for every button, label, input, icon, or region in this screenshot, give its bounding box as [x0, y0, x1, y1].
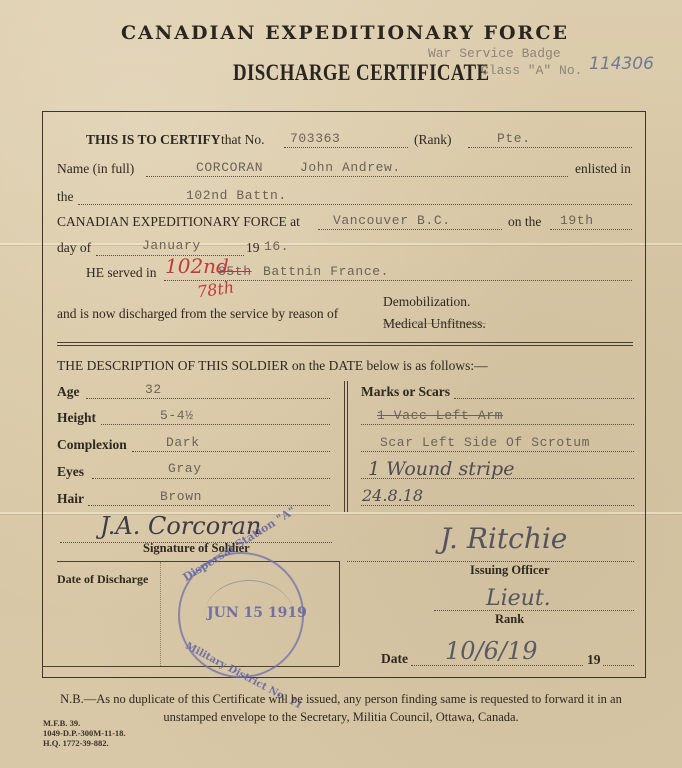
- stamp-date-text: JUN 15 1919: [207, 605, 307, 621]
- section-divider-top: [57, 342, 633, 343]
- age-label: Age: [57, 384, 80, 400]
- document-title: DISCHARGE CERTIFICATE: [233, 60, 489, 86]
- served-typed-value: Battnin France.: [263, 264, 389, 279]
- served-line: [164, 280, 632, 281]
- date-year-prefix: 19: [587, 652, 601, 668]
- certify-intro: THIS IS TO CERTIFY: [86, 132, 220, 148]
- age-line: [86, 398, 330, 399]
- day-value: 19th: [560, 213, 594, 228]
- regimental-no-value: 703363: [290, 131, 340, 146]
- discharge-box-right: [339, 561, 340, 666]
- discharge-box-divider: [160, 562, 161, 666]
- hair-line: [88, 505, 330, 506]
- year-prefix: 19: [246, 240, 260, 256]
- regimental-no-line: [284, 147, 408, 148]
- organization-title: CANADIAN EXPEDITIONARY FORCE: [0, 22, 682, 44]
- form-code-1: M.F.B. 39.: [43, 718, 126, 728]
- form-code-3: H.Q. 1772-39-882.: [43, 738, 126, 748]
- description-heading-bold: THE DESCRIPTION OF THIS SOLDIER: [57, 358, 289, 373]
- officer-signature: J. Ritchie: [440, 522, 567, 555]
- marks-line-1: [361, 424, 634, 425]
- reason-demobilization: Demobilization.: [383, 294, 470, 310]
- description-heading: THE DESCRIPTION OF THIS SOLDIER on the D…: [57, 358, 488, 374]
- that-no-label: that No.: [221, 132, 265, 148]
- badge-line-2: Class "A" No.: [481, 63, 582, 78]
- rank-label: (Rank): [414, 132, 452, 148]
- height-label: Height: [57, 410, 96, 426]
- column-divider-left: [344, 381, 345, 512]
- description-heading-rest: on the DATE below is as follows:—: [292, 358, 488, 373]
- reason-medical-unfitness: Medical Unfitness.: [383, 316, 486, 332]
- name-label: Name (in full): [57, 161, 134, 177]
- nb-line-1: N.B.—As no duplicate of this Certificate…: [0, 690, 682, 708]
- complexion-label: Complexion: [57, 437, 127, 453]
- marks-value-2: Scar Left Side Of Scrotum: [380, 435, 590, 450]
- surname-value: CORCORAN: [196, 160, 263, 175]
- officer-rank-value: Lieut.: [486, 586, 551, 611]
- eyes-label: Eyes: [57, 464, 84, 480]
- unit-line: [78, 204, 632, 205]
- hair-label: Hair: [57, 491, 84, 507]
- eyes-line: [92, 478, 330, 479]
- month-value: January: [142, 238, 201, 253]
- date-of-discharge-label: Date of Discharge: [57, 572, 148, 587]
- rank-signature-line: [434, 610, 634, 611]
- day-line: [550, 229, 632, 230]
- form-code-2: 1049-D.P.-300M-11-18.: [43, 728, 126, 738]
- height-line: [101, 424, 330, 425]
- served-struck-value: 85th: [218, 264, 252, 279]
- height-value: 5-4½: [160, 408, 194, 423]
- section-divider-bottom: [57, 345, 633, 346]
- marks-value-4: 24.8.18: [362, 486, 423, 505]
- place-value: Vancouver B.C.: [333, 213, 451, 228]
- on-the-label: on the: [508, 214, 541, 230]
- officer-signature-line: [347, 561, 634, 562]
- marks-line-2: [361, 451, 634, 452]
- column-divider-right: [347, 381, 348, 512]
- marks-label: Marks or Scars: [361, 384, 450, 400]
- discharge-label: and is now discharged from the service b…: [57, 306, 338, 322]
- discharge-box-bottom: [42, 666, 339, 667]
- form-codes: M.F.B. 39. 1049-D.P.-300M-11-18. H.Q. 17…: [43, 718, 126, 748]
- rank-line: [468, 147, 632, 148]
- issuing-officer-label: Issuing Officer: [470, 563, 550, 578]
- day-of-label: day of: [57, 240, 91, 256]
- badge-line-1: War Service Badge: [428, 46, 561, 61]
- complexion-value: Dark: [166, 435, 200, 450]
- marks-value-3: 1 Wound stripe: [368, 458, 514, 480]
- the-label: the: [57, 189, 74, 205]
- marks-line-0: [454, 398, 634, 399]
- year-value: 16.: [264, 239, 289, 254]
- date-label: Date: [381, 651, 408, 667]
- soldier-signature: J.A. Corcoran: [100, 512, 261, 540]
- enlisted-label: enlisted in: [575, 161, 631, 177]
- badge-number: 114306: [589, 54, 654, 74]
- marks-line-4: [361, 505, 634, 506]
- given-names-value: John Andrew.: [300, 160, 401, 175]
- force-label: CANADIAN EXPEDITIONARY FORCE at: [57, 214, 300, 230]
- date-year-line: [603, 665, 634, 666]
- marks-value-1: 1 Vacc Left Arm: [377, 408, 503, 423]
- served-label: HE served in: [86, 265, 156, 281]
- age-value: 32: [145, 382, 162, 397]
- date-value: 10/6/19: [445, 637, 538, 665]
- unit-value: 102nd Battn.: [186, 188, 287, 203]
- eyes-value: Gray: [168, 461, 202, 476]
- rank-value: Pte.: [497, 131, 531, 146]
- hair-value: Brown: [160, 489, 202, 504]
- complexion-line: [132, 451, 330, 452]
- place-line: [318, 229, 502, 230]
- rank-signature-label: Rank: [495, 612, 524, 627]
- date-line: [411, 665, 583, 666]
- name-line: [146, 176, 568, 177]
